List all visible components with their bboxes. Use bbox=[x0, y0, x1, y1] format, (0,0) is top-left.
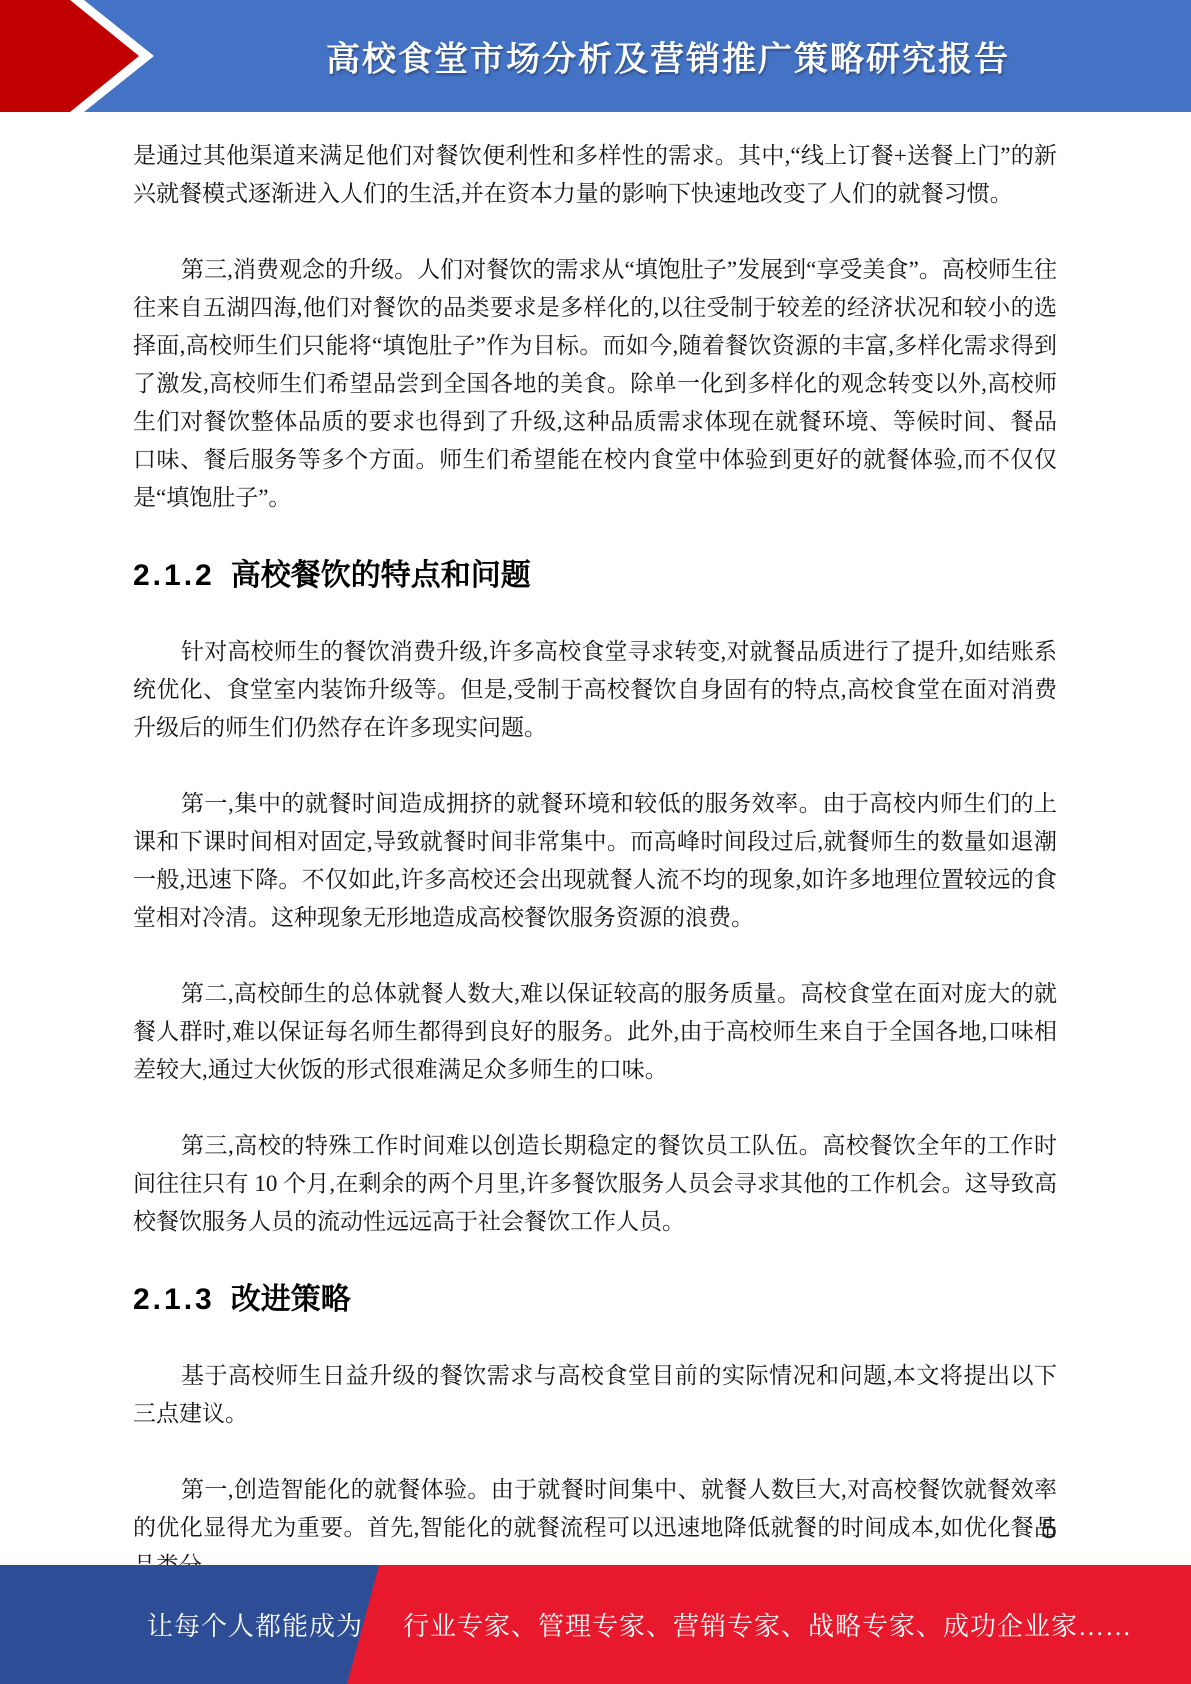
body-paragraph: 针对高校师生的餐饮消费升级,许多高校食堂寻求转变,对就餐品质进行了提升,如结账系… bbox=[133, 633, 1057, 747]
section-heading: 2.1.2高校餐饮的特点和问题 bbox=[133, 555, 1057, 597]
section-heading: 2.1.3改进策略 bbox=[133, 1279, 1057, 1321]
body-paragraph: 基于高校师生日益升级的餐饮需求与高校食堂目前的实际情况和问题,本文将提出以下三点… bbox=[133, 1357, 1057, 1433]
page-number: 5 bbox=[133, 1512, 1057, 1546]
body-paragraph: 第三,高校的特殊工作时间难以创造长期稳定的餐饮员工队伍。高校餐饮全年的工作时间往… bbox=[133, 1127, 1057, 1241]
body-paragraph: 是通过其他渠道来满足他们对餐饮便利性和多样性的需求。其中,“线上订餐+送餐上门”… bbox=[133, 137, 1057, 213]
page-footer: 让每个人都能成为 行业专家、管理专家、营销专家、战略专家、成功企业家…… bbox=[0, 1565, 1191, 1684]
header-arrow-icon bbox=[0, 0, 175, 112]
report-title: 高校食堂市场分析及营销推广策略研究报告 bbox=[175, 32, 1161, 81]
body-paragraph: 第二,高校師生的总体就餐人数大,难以保证较高的服务质量。高校食堂在面对庞大的就餐… bbox=[133, 975, 1057, 1089]
page-header: 高校食堂市场分析及营销推广策略研究报告 bbox=[0, 0, 1191, 112]
body-paragraph: 第一,集中的就餐时间造成拥挤的就餐环境和较低的服务效率。由于高校内师生们的上课和… bbox=[133, 785, 1057, 937]
section-title: 高校餐饮的特点和问题 bbox=[231, 559, 531, 592]
body-paragraph: 第三,消费观念的升级。人们对餐饮的需求从“填饱肚子”发展到“享受美食”。高校师生… bbox=[133, 251, 1057, 517]
section-title: 改进策略 bbox=[231, 1283, 351, 1316]
report-page: 高校食堂市场分析及营销推广策略研究报告 是通过其他渠道来满足他们对餐饮便利性和多… bbox=[0, 0, 1191, 1684]
footer-slogan-right: 行业专家、管理专家、营销专家、战略专家、成功企业家…… bbox=[403, 1565, 1171, 1684]
document-body: 是通过其他渠道来满足他们对餐饮便利性和多样性的需求。其中,“线上订餐+送餐上门”… bbox=[133, 137, 1057, 1623]
section-number: 2.1.3 bbox=[133, 1283, 215, 1316]
footer-slogan-left: 让每个人都能成为 bbox=[147, 1565, 363, 1684]
section-number: 2.1.2 bbox=[133, 559, 215, 592]
